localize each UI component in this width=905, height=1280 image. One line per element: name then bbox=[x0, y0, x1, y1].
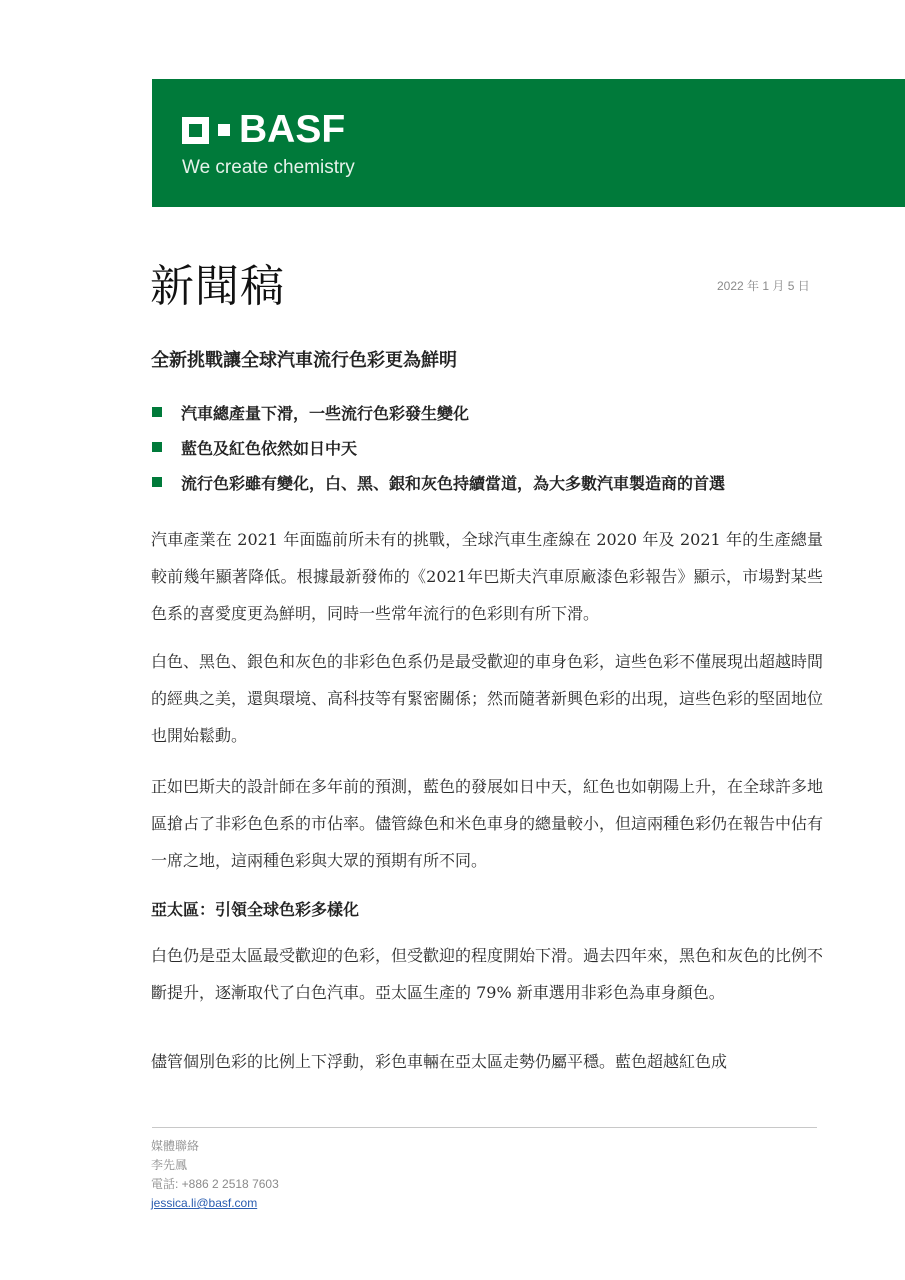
footer-divider bbox=[152, 1127, 817, 1128]
key-point: 流行色彩雖有變化，白、黑、銀和灰色持續當道，為大多數汽車製造商的首選 bbox=[152, 470, 725, 494]
bullet-square-icon bbox=[152, 407, 162, 417]
page-title: 新聞稿 bbox=[150, 250, 285, 314]
brand-name: BASF bbox=[239, 112, 345, 148]
body-paragraph-1: 汽車產業在 2021 年面臨前所未有的挑戰，全球汽車生產線在 2020 年及 2… bbox=[151, 521, 823, 632]
basf-logo: BASF bbox=[182, 112, 345, 148]
contact-email-link[interactable]: jessica.li@basf.com bbox=[151, 1196, 257, 1210]
section-paragraph-2: 儘管個別色彩的比例上下浮動，彩色車輛在亞太區走勢仍屬平穩。藍色超越紅色成 bbox=[151, 1043, 823, 1080]
section-heading: 亞太區：引領全球色彩多樣化 bbox=[151, 897, 359, 920]
key-point: 汽車總產量下滑，一些流行色彩發生變化 bbox=[152, 400, 725, 424]
key-point-text: 汽車總產量下滑，一些流行色彩發生變化 bbox=[181, 401, 469, 424]
contact-label: 媒體聯絡 bbox=[151, 1137, 279, 1156]
logo-filled-square-icon bbox=[218, 124, 230, 136]
headline: 全新挑戰讓全球汽車流行色彩更為鮮明 bbox=[151, 346, 457, 372]
release-date: 2022 年 1 月 5 日 bbox=[717, 277, 810, 294]
key-points-list: 汽車總產量下滑，一些流行色彩發生變化 藍色及紅色依然如日中天 流行色彩雖有變化，… bbox=[152, 400, 725, 505]
body-paragraph-3: 正如巴斯夫的設計師在多年前的預測，藍色的發展如日中天，紅色也如朝陽上升，在全球許… bbox=[151, 768, 823, 879]
key-point-text: 流行色彩雖有變化，白、黑、銀和灰色持續當道，為大多數汽車製造商的首選 bbox=[181, 471, 725, 494]
bullet-square-icon bbox=[152, 442, 162, 452]
contact-phone: 電話: +886 2 2518 7603 bbox=[151, 1175, 279, 1194]
bullet-square-icon bbox=[152, 477, 162, 487]
section-paragraph-1: 白色仍是亞太區最受歡迎的色彩，但受歡迎的程度開始下滑。過去四年來，黑色和灰色的比… bbox=[151, 937, 823, 1011]
brand-banner: BASF We create chemistry bbox=[152, 79, 905, 207]
contact-name: 李先鳳 bbox=[151, 1156, 279, 1175]
key-point-text: 藍色及紅色依然如日中天 bbox=[181, 436, 357, 459]
brand-tagline: We create chemistry bbox=[182, 157, 355, 179]
logo-outline-square-icon bbox=[182, 117, 209, 144]
key-point: 藍色及紅色依然如日中天 bbox=[152, 435, 725, 459]
media-contact: 媒體聯絡 李先鳳 電話: +886 2 2518 7603 jessica.li… bbox=[151, 1137, 279, 1213]
body-paragraph-2: 白色、黑色、銀色和灰色的非彩色色系仍是最受歡迎的車身色彩，這些色彩不僅展現出超越… bbox=[151, 643, 823, 754]
